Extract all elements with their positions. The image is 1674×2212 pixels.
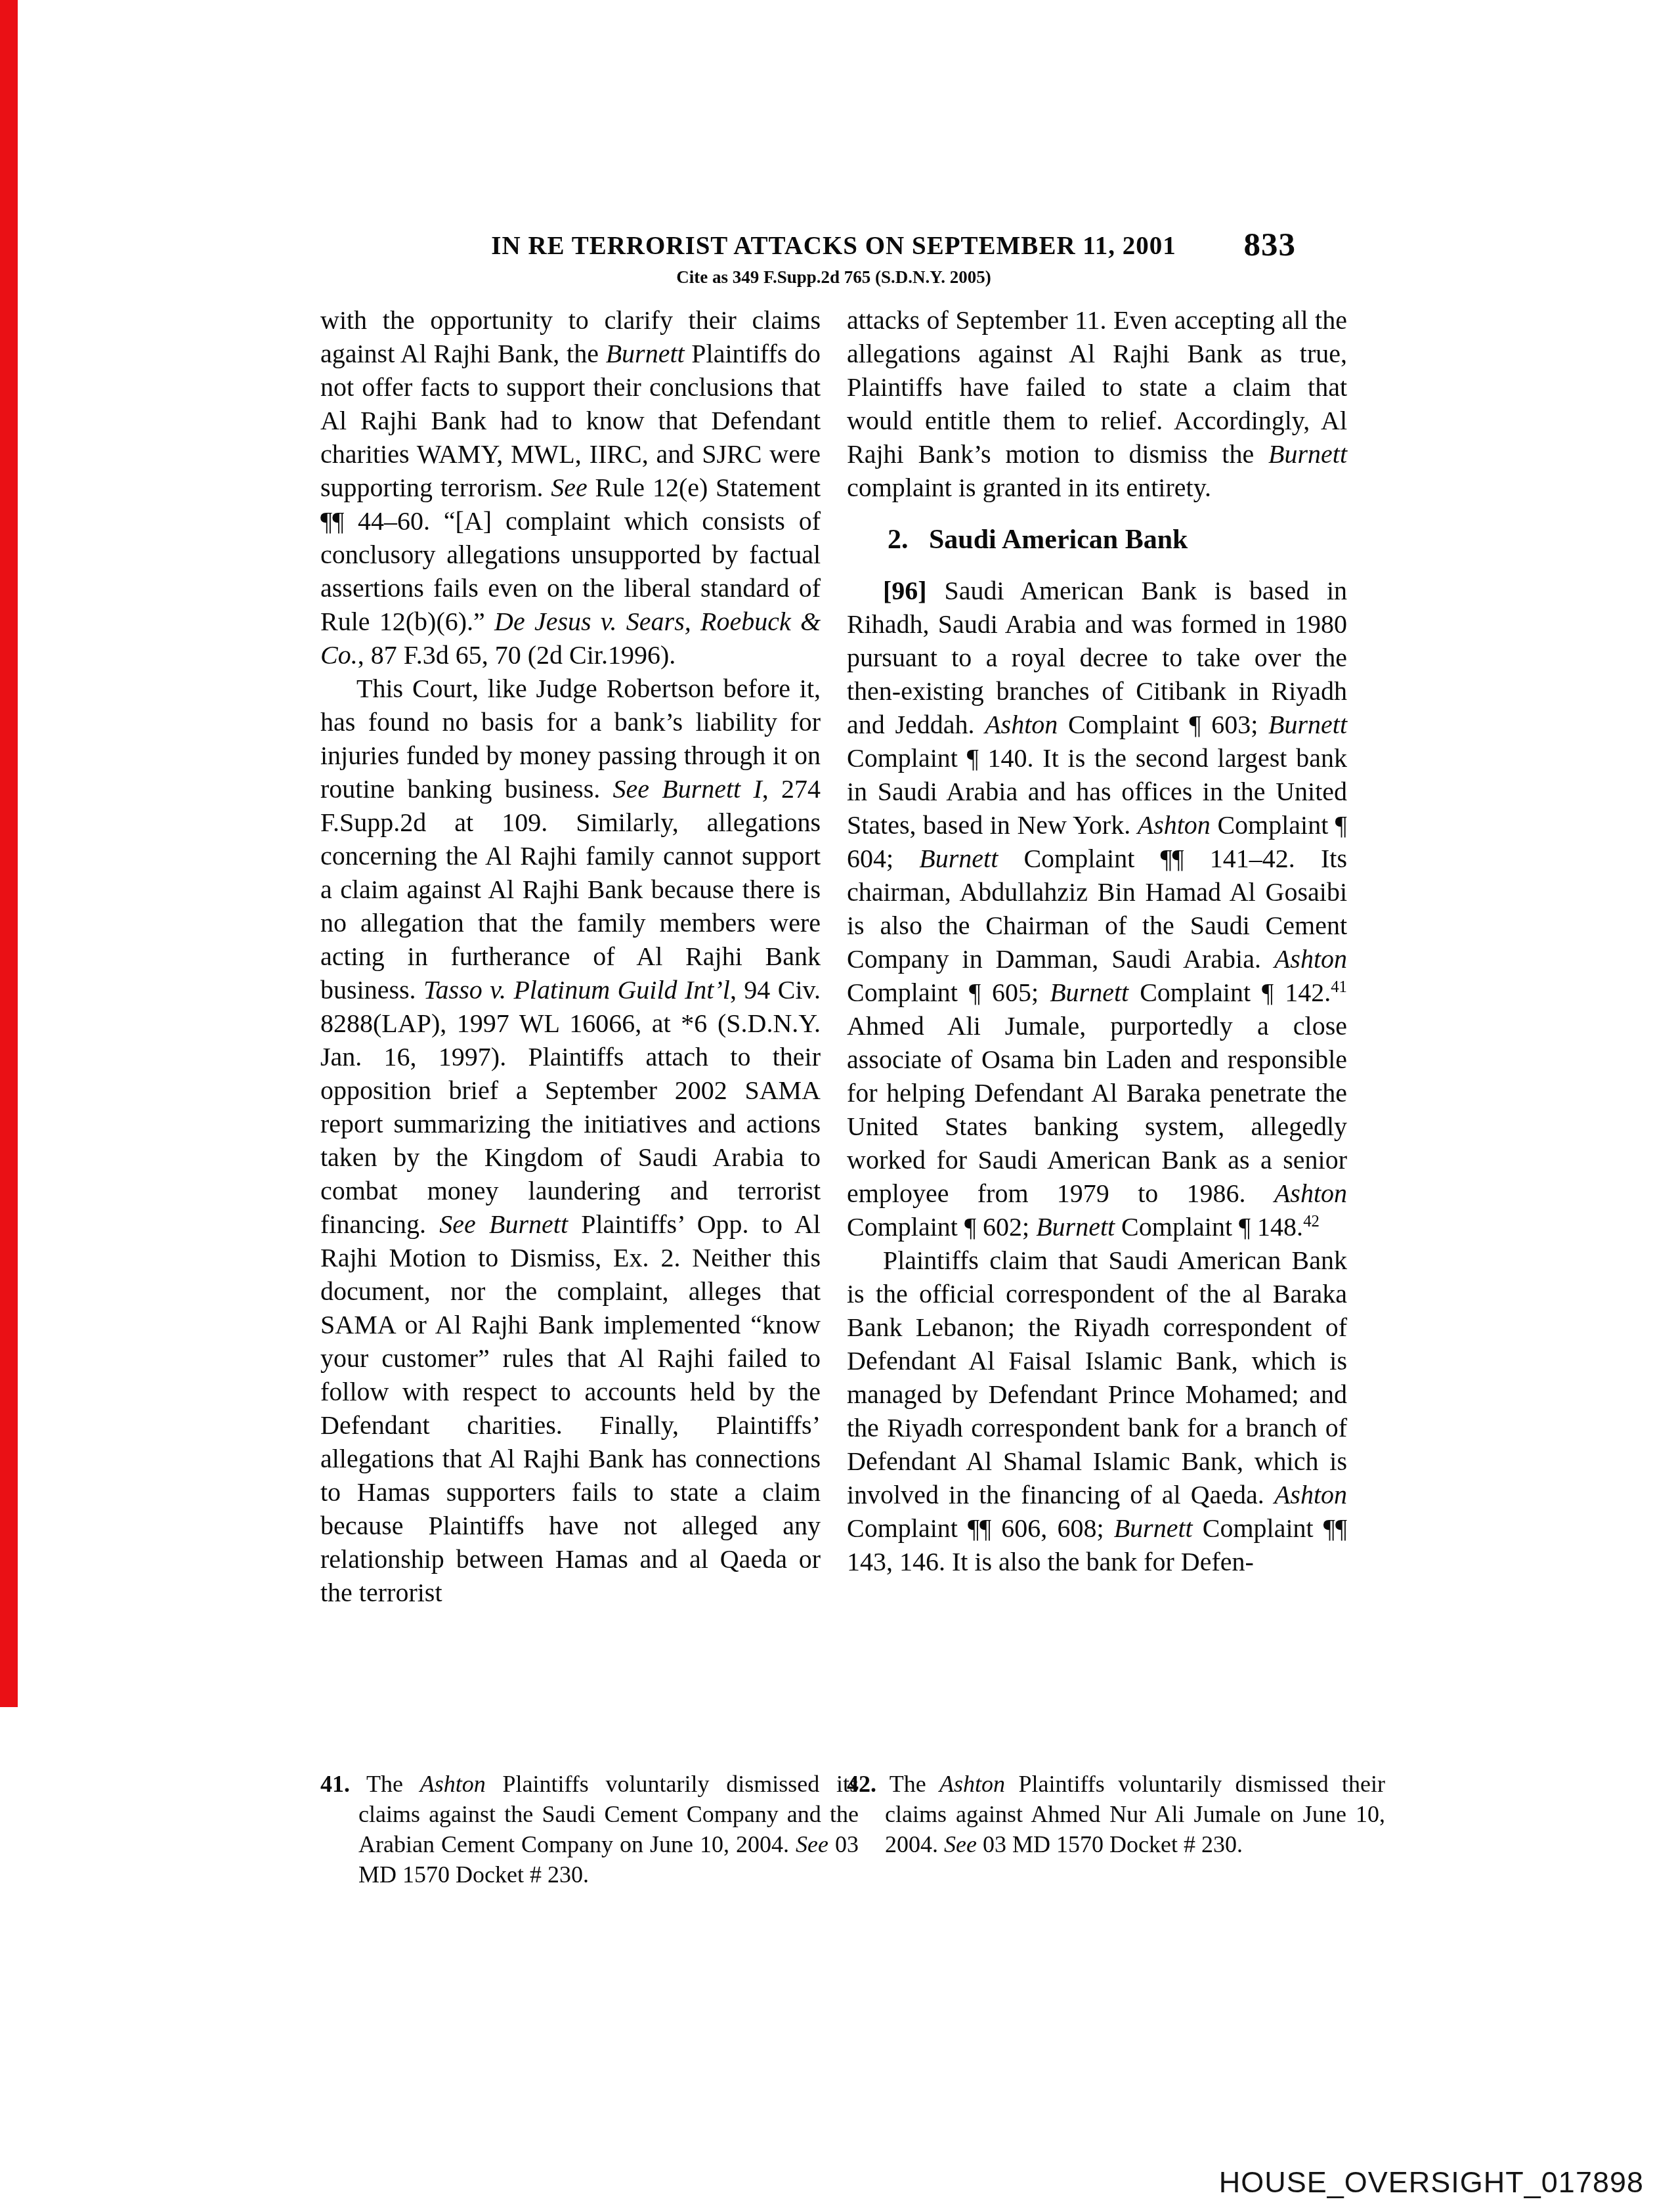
body-paragraph: Plaintiffs claim that Saudi American Ban… bbox=[847, 1244, 1347, 1578]
left-column: with the opportunity to clarify their cl… bbox=[320, 303, 821, 1609]
section-heading: 2. Saudi American Bank bbox=[847, 523, 1347, 557]
left-margin-red-stripe bbox=[0, 0, 18, 1707]
running-head: IN RE TERRORIST ATTACKS ON SEPTEMBER 11,… bbox=[320, 231, 1347, 261]
footnote-41: 41. The Ashton Plaintiffs voluntarily di… bbox=[320, 1769, 859, 1890]
body-paragraph: This Court, like Judge Robertson before … bbox=[320, 672, 821, 1609]
running-head-title: IN RE TERRORIST ATTACKS ON SEPTEMBER 11,… bbox=[491, 232, 1176, 260]
court-opinion-page: IN RE TERRORIST ATTACKS ON SEPTEMBER 11,… bbox=[0, 0, 1674, 2212]
citation-line: Cite as 349 F.Supp.2d 765 (S.D.N.Y. 2005… bbox=[320, 267, 1347, 288]
body-paragraph: [96] Saudi American Bank is based in Rih… bbox=[847, 574, 1347, 1244]
body-paragraph-continuation: attacks of September 11. Even accepting … bbox=[847, 303, 1347, 504]
right-column: attacks of September 11. Even accepting … bbox=[847, 303, 1347, 1578]
page-number: 833 bbox=[1244, 226, 1297, 264]
bates-watermark: HOUSE_OVERSIGHT_017898 bbox=[1219, 2165, 1644, 2200]
footnote-42: 42. The Ashton Plaintiffs voluntarily di… bbox=[847, 1769, 1385, 1859]
body-paragraph-continuation: with the opportunity to clarify their cl… bbox=[320, 303, 821, 672]
